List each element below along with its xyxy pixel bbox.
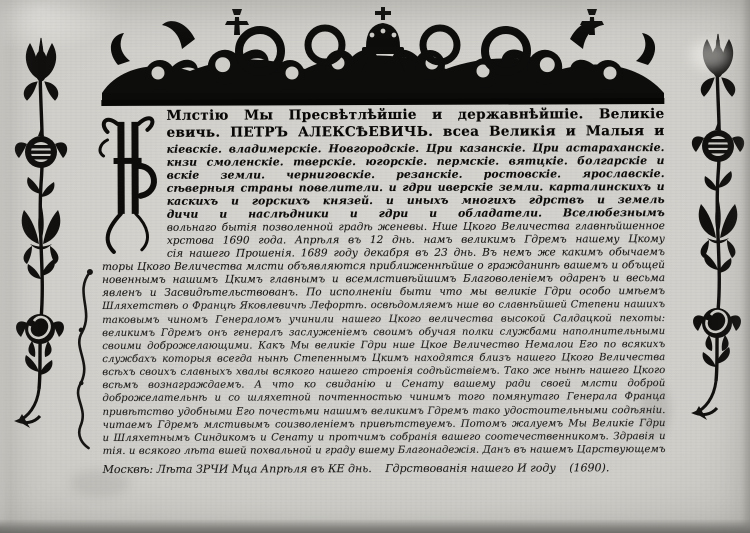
right-floral-border xyxy=(690,26,746,430)
dateline-reign-year: Гдрствованія нашего И году xyxy=(385,462,555,476)
title-line: Млстію Мы Пресвѣтлѣйшіе и державнѣйшіе. … xyxy=(166,106,664,125)
text-line: дичи и наслѣдники и гдри и обладатели. В… xyxy=(167,207,665,222)
illuminated-initial xyxy=(95,110,160,256)
dateline-place-date: Москвѣ: Лѣта ЗРЧИ Мца Апрѣля въ КЕ днь. xyxy=(103,462,372,476)
crown-icon xyxy=(360,7,406,75)
left-floral-border xyxy=(12,24,70,436)
dateline-year-annotation: (1690). xyxy=(569,461,609,474)
dateline: Москвѣ: Лѣта ЗРЧИ Мца Апрѣля въ КЕ днь. … xyxy=(103,461,610,476)
body-text: кіевскіе. владимерскіе. Новгородскіе. Цр… xyxy=(101,141,665,458)
scanned-charter-page: Млстію Мы Пресвѣтлѣйшіе и державнѣйшіе. … xyxy=(0,0,750,533)
title-line: евичь. ПЕТРЪ АЛЕКСѢЕВИЧЬ. всеа Великія и… xyxy=(166,123,664,142)
margin-flourish xyxy=(70,268,99,454)
charter-text-block: Млстію Мы Пресвѣтлѣйшіе и державнѣйшіе. … xyxy=(101,98,665,476)
text-line: тія. и всякого лѣта вшей похвальной и гр… xyxy=(103,443,666,458)
headpiece-ornament xyxy=(100,5,666,101)
initial-letter-monogram xyxy=(95,110,160,256)
